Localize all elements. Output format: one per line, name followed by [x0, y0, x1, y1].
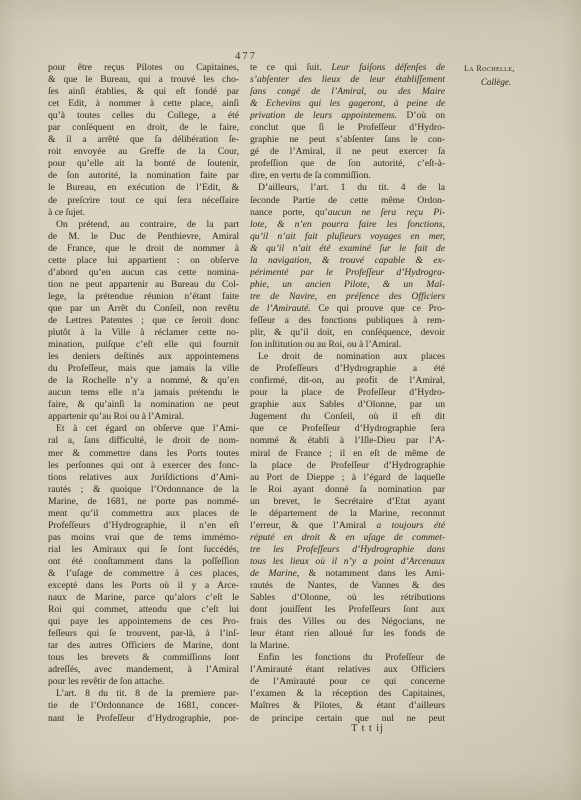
text-run: de preſcrire tout ce qui ſera néceſſaire [48, 195, 239, 206]
text-run-italic: la navigation, & trouvé capable & ex- [250, 255, 445, 266]
text-run: Maîtres & Pilotes, & étant d’ailleurs [250, 700, 445, 711]
text-run: On prétend, au contraire, de la part [56, 219, 239, 230]
text-line: dire, en vertu de ſa commiſſion. [250, 170, 445, 182]
text-run: la Marine. [250, 640, 289, 651]
text-run: nommé & établi à l’Iſle-Dieu par l’A- [250, 435, 445, 446]
text-run: D’où on [397, 110, 445, 121]
text-line: plutôt à la Ville à réclamer cette no- [48, 327, 239, 339]
text-run-italic: phie, un ancien Pilote, & un Maî- [250, 279, 445, 290]
text-line: L’art. 8 du tit. 8 de la premiere par- [48, 688, 239, 700]
text-line: qu’il n’ait fait pluſieurs voyages en me… [250, 231, 445, 243]
text-run-italic: & Echevins qui les gageront, à peine de [250, 98, 445, 109]
text-run: mination, puiſque c’eſt elle qui fournit [48, 339, 239, 350]
text-line: D’ailleurs, l’art. 1 du tit. 4 de la [250, 182, 445, 194]
text-run: Roi qui commet, attendu que c’eſt lui [48, 604, 239, 615]
text-run: & il a arrêté que ſa délibération ſe- [48, 134, 239, 145]
text-line: les deniers deſtinés aux appointemens [48, 351, 239, 363]
text-run-italic: s’abſenter des lieux de leur établiſſeme… [250, 74, 445, 85]
text-line: tion ne peut appartenir au Bureau du Col… [48, 279, 239, 291]
text-line: gé de l’Amiral, il ne peut exercer ſa [250, 146, 445, 158]
text-run: aucun tems elle n’a jamais prétendu le [48, 387, 239, 398]
text-run: leur étant rien alloué ſur les fonds de [250, 628, 445, 639]
text-line: tie de l’Ordonnance de 1681, concer- [48, 700, 239, 712]
text-run: les deniers deſtinés aux appointemens [48, 351, 239, 362]
text-run: naux de Marine, parce qu’alors c’eſt le [48, 592, 239, 603]
text-run: un brevet, le Secrétaire d’Etat ayant [250, 496, 445, 507]
text-line: appartenir qu’au Roi ou à l’Amiral. [48, 411, 239, 423]
text-run: faire, & qu’ainſi la nomination ne peut [48, 399, 239, 410]
text-line: Jugement du Conſeil, où il eſt dit [250, 411, 445, 423]
text-line: tar des autres Officiers de Marine, dont [48, 640, 239, 652]
text-line: l’erreur, & que l’Amiral a toujours été [250, 520, 445, 532]
text-line: de Marine, & notamment dans les Ami- [250, 568, 445, 580]
text-line: dont jouiſſent les Profeſſeurs ſont aux [250, 604, 445, 616]
text-run: pas moins vrai que de tems immémo- [48, 532, 239, 543]
text-run: d’abord qu’en aucun cas cette nomina- [48, 267, 239, 278]
text-run: l’erreur, & que l’Amiral [250, 520, 376, 531]
text-run: ſon inſtitution ou au Roi, ou à l’Amiral… [250, 339, 401, 350]
text-run: pour la place de Profeſſeur d’Hydro- [250, 387, 445, 398]
text-run-italic: a toujours été [376, 520, 445, 531]
text-line: ont été conſtamment dans la poſſeſſion [48, 556, 239, 568]
margin-note-place: La Rochelle, [464, 62, 538, 76]
text-line: la place de Profeſſeur d’Hydrographie [250, 460, 445, 472]
text-run: ſes ainſi établies, & qui eſt fondé par [48, 86, 239, 97]
text-run: dont jouiſſent les Profeſſeurs ſont aux [250, 604, 445, 615]
text-line: & l’uſage de commettre à ces places, [48, 568, 239, 580]
text-line: rial les Amiraux qui ſe ſont ſuccédés, [48, 544, 239, 556]
text-column-left: pour être reçus Pilotes ou Capitaines,& … [48, 62, 239, 725]
text-run: Le droit de nomination aux places [258, 351, 445, 362]
text-line: faire, & qu’ainſi la nomination ne peut [48, 399, 239, 411]
text-run: tie de l’Ordonnance de 1681, concer- [48, 700, 239, 711]
text-line: tre les Profeſſeurs d’Hydrographie dans [250, 544, 445, 556]
text-line: l’examen & la réception des Capitaines, [250, 688, 445, 700]
text-run-italic: de l’Amirauté. [250, 303, 311, 314]
text-run: la place de Profeſſeur d’Hydrographie [250, 460, 445, 471]
text-line: plir, & qu’il doit, en conſéquence, devo… [250, 327, 445, 339]
text-line: Le droit de nomination aux places [250, 351, 445, 363]
text-line: pour la place de Profeſſeur d’Hydro- [250, 387, 445, 399]
text-line: de Profeſſeurs d’Hydrographie a été [250, 363, 445, 375]
text-line: pour les revêtir de ſon attache. [48, 676, 239, 688]
text-run: rautés ; & quoique l’Ordonnance de la [48, 484, 239, 495]
text-run: de la Rochelle n’y a nommé, & qu’en [48, 375, 239, 386]
text-line: par conſéquent en droit, de le faire, [48, 122, 239, 134]
text-run: qu’à toutes celles du College, a été [48, 110, 239, 121]
text-run: tar des autres Officiers de Marine, dont [48, 640, 239, 651]
text-line: & il a arrêté que ſa délibération ſe- [48, 134, 239, 146]
text-line: pas moins vrai que de tems immémo- [48, 532, 239, 544]
text-line: lege, la prétendue réunion n’étant faite [48, 291, 239, 303]
text-run-italic: qu’il n’ait fait pluſieurs voyages en me… [250, 231, 445, 242]
text-run: adreſſés, avec mandement, à l’Amiral [48, 664, 239, 675]
text-line: de preſcrire tout ce qui ſera néceſſaire [48, 195, 239, 207]
text-line: confirmé, dit-on, au profit de l’Amiral, [250, 375, 445, 387]
text-run: ment qu’il commettra aux places de [48, 508, 239, 519]
text-line: ſans congé de l’Amiral, ou des Maire [250, 86, 445, 98]
text-run: roit envoyée au Greffe de la Cour, [48, 146, 239, 157]
text-line: le département de la Marine, reconnut [250, 508, 445, 520]
book-page-scan: 477 pour être reçus Pilotes ou Capitaine… [0, 0, 581, 800]
text-run: tion ne peut appartenir au Bureau du Col… [48, 279, 239, 290]
text-column-right: te ce qui ſuit. Leur faiſons défenſes de… [250, 62, 445, 725]
text-run: & l’uſage de commettre à ces places, [48, 568, 239, 579]
text-line: feſſeurs qui ſe trouvent, par-là, à l’in… [48, 628, 239, 640]
text-line: que par un Arrêt du Conſeil, non revêtu [48, 303, 239, 315]
text-line: te ce qui ſuit. Leur faiſons défenſes de [250, 62, 445, 74]
text-run-italic: aucun ne ſera reçu Pi- [328, 207, 445, 218]
text-line: cet Edit, à nommer à cette place, ainſi [48, 98, 239, 110]
text-run: que par un Arrêt du Conſeil, non revêtu [48, 303, 239, 314]
text-run-italic: périmenté par le Profeſſeur d’Hydrogra- [250, 267, 445, 278]
text-line: Et à cet égard on obſerve que l’Ami- [48, 423, 239, 435]
text-run: Et à cet égard on obſerve que l’Ami- [56, 423, 239, 434]
text-line: réputé en droit & en uſage de commet- [250, 532, 445, 544]
text-run: que ce Profeſſeur d’Hydrographie ſera [250, 423, 445, 434]
text-line: privation de leurs appointemens. D’où on [250, 110, 445, 122]
text-run: rial les Amiraux qui ſe ſont ſuccédés, [48, 544, 239, 555]
text-line: aucun tems elle n’a jamais prétendu le [48, 387, 239, 399]
text-run-italic: tre de Navire, en préſence des Officiers [250, 291, 445, 302]
text-run: l’Amirauté étant relatives aux Officiers [250, 664, 445, 675]
text-line: naux de Marine, parce qu’alors c’eſt le [48, 592, 239, 604]
text-run: profeſſion que de ſon autorité, c’eſt-à- [250, 158, 445, 169]
text-run: te ce qui ſuit. [250, 62, 331, 73]
text-line: de M. le Duc de Penthievre, Amiral [48, 231, 239, 243]
text-run: au Port de Dieppe ; à l’égard de laquell… [250, 472, 445, 483]
text-line: s’abſenter des lieux de leur établiſſeme… [250, 74, 445, 86]
text-line: Enfin les fonctions du Profeſſeur de [250, 652, 445, 664]
text-line: du Profeſſeur, mais que jamais la ville [48, 363, 239, 375]
text-run: ſeconde Partie de cette même Ordon- [250, 195, 445, 206]
margin-note-subject: Collège. [464, 76, 528, 90]
text-line: tous les brevets & commiſſions ſont [48, 652, 239, 664]
text-run: gé de l’Amiral, il ne peut exercer ſa [250, 146, 445, 157]
text-run: appartenir qu’au Roi ou à l’Amiral. [48, 411, 184, 422]
text-run: graphie ne peut s’abſenter ſans le con- [250, 134, 445, 145]
text-run: les perſonnes qui ont à exercer des fonc… [48, 460, 239, 471]
text-run: par conſéquent en droit, de le faire, [48, 122, 239, 133]
text-run: tions relatives aux Juriſdictions d’Ami- [48, 472, 239, 483]
text-run: Enfin les fonctions du Profeſſeur de [258, 652, 445, 663]
text-run: tous les brevets & commiſſions ſont [48, 652, 239, 663]
text-run: pour qu’elle ait la bonté de ſoutenir, [48, 158, 239, 169]
text-line: ſeconde Partie de cette même Ordon- [250, 195, 445, 207]
text-run: ral a, ſans difficulté, le droit de nom- [48, 435, 239, 446]
text-run: l’examen & la réception des Capitaines, [250, 688, 445, 699]
text-line: de l’Amirauté pour ce qui concerne [250, 676, 445, 688]
text-run: le département de la Marine, reconnut [250, 508, 445, 519]
text-line: & qu’il n’ait été examiné ſur le fait de [250, 243, 445, 255]
page-number: 477 [48, 51, 444, 62]
text-run: Ce qui prouve que ce Pro- [311, 303, 445, 314]
text-line: leur étant rien alloué ſur les fonds de [250, 628, 445, 640]
text-line: feſſeur a des fonctions publiques à rem- [250, 315, 445, 327]
text-run: de principe certain que nul ne peut [250, 713, 445, 724]
text-line: que ce Profeſſeur d’Hydrographie ſera [250, 423, 445, 435]
text-run: conclut que ſi le Profeſſeur d’Hydro- [250, 122, 445, 133]
text-run-italic: de Marine [250, 568, 297, 579]
text-run: plutôt à la Ville à réclamer cette no- [48, 327, 239, 338]
text-run-italic: tre les Profeſſeurs d’Hydrographie dans [250, 544, 445, 555]
text-run-italic: lote, & n’en pourra faire les fonctions, [250, 219, 445, 230]
text-line: Roi qui commet, attendu que c’eſt lui [48, 604, 239, 616]
text-line: à ce ſujet. [48, 207, 239, 219]
text-run: nant le Profeſſeur d’Hydrographie, por- [48, 713, 239, 724]
text-line: frais des Villes ou des Négocians, ne [250, 616, 445, 628]
text-line: de France, que le droit de nommer à [48, 243, 239, 255]
text-run-italic: Leur faiſons défenſes de [331, 62, 445, 73]
text-line: graphie ne peut s’abſenter ſans le con- [250, 134, 445, 146]
text-line: la Marine. [250, 640, 445, 652]
text-run: qui paye les appointemens de ces Pro- [48, 616, 239, 627]
text-line: ſon inſtitution ou au Roi, ou à l’Amiral… [250, 339, 445, 351]
signature-mark: T t t ij [270, 723, 465, 734]
text-run: Marine, de 1681, ne porte pas nommé- [48, 496, 239, 507]
text-run: cet Edit, à nommer à cette place, ainſi [48, 98, 239, 109]
text-line: de la Rochelle n’y a nommé, & qu’en [48, 375, 239, 387]
text-run: feſſeur a des fonctions publiques à rem- [250, 315, 445, 326]
text-line: de l’Amirauté. Ce qui prouve que ce Pro- [250, 303, 445, 315]
text-run: rautés de Nantes, de Vannes & des [250, 580, 445, 591]
text-line: qui paye les appointemens de ces Pro- [48, 616, 239, 628]
text-run: nance porte, qu’ [250, 207, 328, 218]
text-run-italic: tous les lieux où il n’y a point d’Arcen… [250, 556, 445, 567]
text-run-italic: ſans congé de l’Amiral, ou des Maire [250, 86, 445, 97]
text-line: excepté dans les Ports où il y a Arce- [48, 580, 239, 592]
text-line: de ſon autorité, la nomination faite par [48, 170, 239, 182]
text-run: frais des Villes ou des Négocians, ne [250, 616, 445, 627]
text-line: Sables d’Olonne, où les rétributions [250, 592, 445, 604]
text-line: Marine, de 1681, ne porte pas nommé- [48, 496, 239, 508]
text-line: l’Amirauté étant relatives aux Officiers [250, 664, 445, 676]
text-line: On prétend, au contraire, de la part [48, 219, 239, 231]
text-run: Profeſſeurs d’Hydrographie, il n’en eſt [48, 520, 239, 531]
text-run: de M. le Duc de Penthievre, Amiral [48, 231, 239, 242]
text-line: périmenté par le Profeſſeur d’Hydrogra- [250, 267, 445, 279]
text-line: nance porte, qu’aucun ne ſera reçu Pi- [250, 207, 445, 219]
text-line: Maîtres & Pilotes, & étant d’ailleurs [250, 700, 445, 712]
text-line: les perſonnes qui ont à exercer des fonc… [48, 460, 239, 472]
text-line: lote, & n’en pourra faire les fonctions, [250, 219, 445, 231]
text-line: & Echevins qui les gageront, à peine de [250, 98, 445, 110]
text-run: ont été conſtamment dans la poſſeſſion [48, 556, 239, 567]
text-run: pour être reçus Pilotes ou Capitaines, [48, 62, 239, 73]
text-line: pour qu’elle ait la bonté de ſoutenir, [48, 158, 239, 170]
text-line: rautés ; & quoique l’Ordonnance de la [48, 484, 239, 496]
text-line: rautés de Nantes, de Vannes & des [250, 580, 445, 592]
text-line: mination, puiſque c’eſt elle qui fournit [48, 339, 239, 351]
text-run: Jugement du Conſeil, où il eſt dit [250, 411, 445, 422]
text-run: confirmé, dit-on, au profit de l’Amiral, [250, 375, 445, 386]
text-run: de France, que le droit de nommer à [48, 243, 239, 254]
text-run: & que le Bureau, qui a trouvé les cho- [48, 74, 239, 85]
text-line: roit envoyée au Greffe de la Cour, [48, 146, 239, 158]
text-line: miral de France ; il en eſt de même de [250, 448, 445, 460]
text-run: mer & commettre dans les Ports toutes [48, 448, 239, 459]
text-run-italic: réputé en droit & en uſage de commet- [250, 532, 445, 543]
text-run: miral de France ; il en eſt de même de [250, 448, 445, 459]
text-run: de l’Amirauté pour ce qui concerne [250, 676, 445, 687]
text-run: pour les revêtir de ſon attache. [48, 676, 164, 687]
text-run: , & notamment dans les Ami- [297, 568, 445, 579]
text-run: excepté dans les Ports où il y a Arce- [48, 580, 239, 591]
text-line: le Bureau, en exécution de l’Edit, & [48, 182, 239, 194]
text-run: plir, & qu’il doit, en conſéquence, devo… [250, 327, 445, 338]
text-run: Sables d’Olonne, où les rétributions [250, 592, 445, 603]
text-line: un brevet, le Secrétaire d’Etat ayant [250, 496, 445, 508]
text-line: qu’à toutes celles du College, a été [48, 110, 239, 122]
text-line: d’abord qu’en aucun cas cette nomina- [48, 267, 239, 279]
text-line: mer & commettre dans les Ports toutes [48, 448, 239, 460]
margin-note: La Rochelle, Collège. [464, 62, 538, 89]
text-line: au Port de Dieppe ; à l’égard de laquell… [250, 472, 445, 484]
text-line: tions relatives aux Juriſdictions d’Ami- [48, 472, 239, 484]
text-run: du Profeſſeur, mais que jamais la ville [48, 363, 239, 374]
text-line: nommé & établi à l’Iſle-Dieu par l’A- [250, 435, 445, 447]
text-line: ment qu’il commettra aux places de [48, 508, 239, 520]
text-run: de Profeſſeurs d’Hydrographie a été [250, 363, 445, 374]
text-line: ral a, ſans difficulté, le droit de nom- [48, 435, 239, 447]
text-run: lege, la prétendue réunion n’étant faite [48, 291, 239, 302]
text-line: la navigation, & trouvé capable & ex- [250, 255, 445, 267]
text-run: feſſeurs qui ſe trouvent, par-là, à l’in… [48, 628, 239, 639]
text-line: conclut que ſi le Profeſſeur d’Hydro- [250, 122, 445, 134]
text-line: ſes ainſi établies, & qui eſt fondé par [48, 86, 239, 98]
text-run: dire, en vertu de ſa commiſſion. [250, 170, 371, 181]
text-line: tre de Navire, en préſence des Officiers [250, 291, 445, 303]
text-line: graphie aux Sables d’Olonne, par un [250, 399, 445, 411]
text-run-italic: & qu’il n’ait été examiné ſur le fait de [250, 243, 445, 254]
text-run-italic: privation de leurs appointemens. [250, 110, 397, 121]
text-line: profeſſion que de ſon autorité, c’eſt-à- [250, 158, 445, 170]
text-run: graphie aux Sables d’Olonne, par un [250, 399, 445, 410]
text-line: adreſſés, avec mandement, à l’Amiral [48, 664, 239, 676]
text-line: tous les lieux où il n’y a point d’Arcen… [250, 556, 445, 568]
text-line: nant le Profeſſeur d’Hydrographie, por- [48, 713, 239, 725]
text-line: Profeſſeurs d’Hydrographie, il n’en eſt [48, 520, 239, 532]
text-line: & que le Bureau, qui a trouvé les cho- [48, 74, 239, 86]
text-line: phie, un ancien Pilote, & un Maî- [250, 279, 445, 291]
text-line: cette place lui appartient : on obſerve [48, 255, 239, 267]
text-run: D’ailleurs, l’art. 1 du tit. 4 de la [258, 182, 445, 193]
text-line: de Lettres Patentes ; que ce ſeroit donc [48, 315, 239, 327]
text-run: à ce ſujet. [48, 207, 85, 218]
text-run: le Bureau, en exécution de l’Edit, & [48, 182, 239, 193]
text-run: le Roi ayant donné ſa nomination par [250, 484, 445, 495]
text-run: de Lettres Patentes ; que ce ſeroit donc [48, 315, 239, 326]
text-line: pour être reçus Pilotes ou Capitaines, [48, 62, 239, 74]
text-run: cette place lui appartient : on obſerve [48, 255, 239, 266]
text-run: L’art. 8 du tit. 8 de la premiere par- [56, 688, 239, 699]
text-run: de ſon autorité, la nomination faite par [48, 170, 239, 181]
text-line: le Roi ayant donné ſa nomination par [250, 484, 445, 496]
